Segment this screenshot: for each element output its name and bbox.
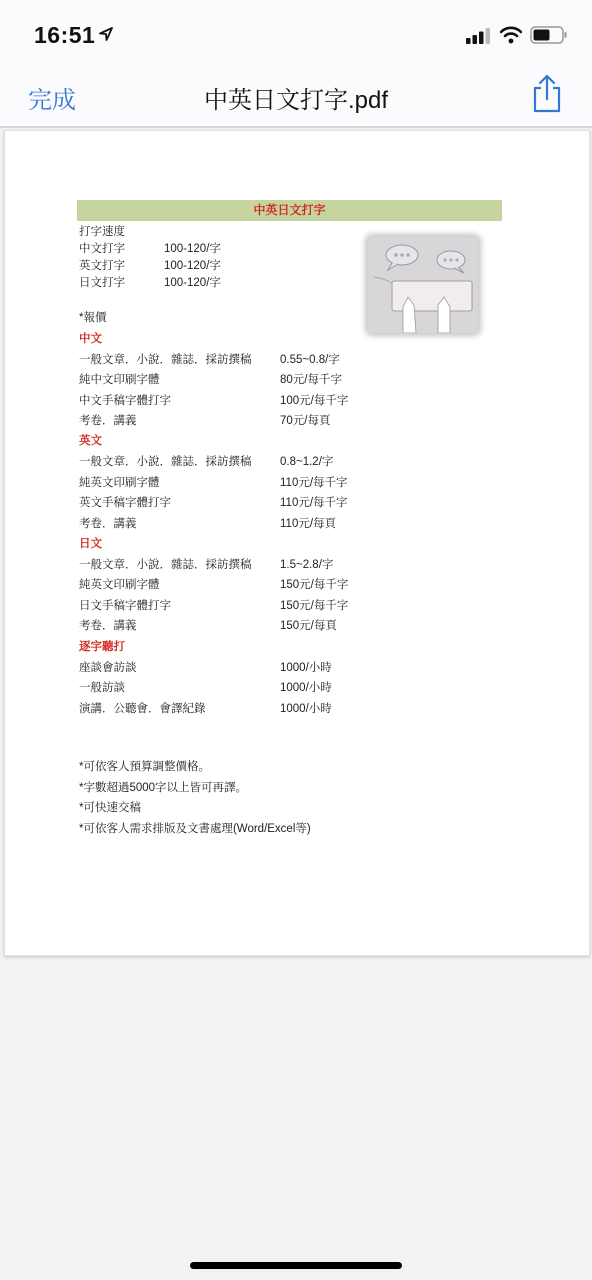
price-value: 80元/每千字 bbox=[280, 371, 342, 387]
price-value: 100元/每千字 bbox=[280, 392, 348, 408]
speed-label: 日文打字 bbox=[79, 274, 125, 290]
location-arrow-icon bbox=[98, 26, 114, 42]
wifi-icon bbox=[500, 26, 522, 44]
price-label: 英文手稿字體打字 bbox=[79, 494, 171, 510]
speed-value: 100-120/字 bbox=[164, 257, 221, 273]
price-value: 1000/小時 bbox=[280, 659, 332, 675]
cellular-signal-icon bbox=[466, 28, 492, 44]
price-value: 1000/小時 bbox=[280, 679, 332, 695]
note: *可依客人預算調整價格。 bbox=[79, 758, 210, 774]
price-value: 0.8~1.2/字 bbox=[280, 453, 333, 469]
note: *字數超過5000字以上皆可再譯。 bbox=[79, 779, 247, 795]
pricing-heading: *報價 bbox=[79, 309, 106, 325]
document-banner-title: 中英日文打字 bbox=[77, 200, 502, 221]
home-indicator[interactable] bbox=[190, 1262, 402, 1269]
battery-icon bbox=[530, 26, 568, 44]
price-value: 150元/每千字 bbox=[280, 597, 348, 613]
price-value: 110元/每頁 bbox=[280, 515, 336, 531]
note: *可快速交稿 bbox=[79, 799, 141, 815]
price-value: 1000/小時 bbox=[280, 700, 332, 716]
price-value: 1.5~2.8/字 bbox=[280, 556, 333, 572]
note: *可依客人需求排版及文書處理(Word/Excel等) bbox=[79, 820, 311, 836]
price-label: 一般文章．小說．雜誌．採訪撰稿 bbox=[79, 351, 252, 367]
price-label: 中文手稿字體打字 bbox=[79, 392, 171, 408]
speed-value: 100-120/字 bbox=[164, 274, 221, 290]
section-title-transcription: 逐字聽打 bbox=[79, 638, 125, 654]
price-label: 一般文章．小說．雜誌．採訪撰稿 bbox=[79, 453, 252, 469]
section-title-japanese: 日文 bbox=[79, 535, 102, 551]
done-button[interactable]: 完成 bbox=[28, 80, 76, 115]
price-value: 70元/每頁 bbox=[280, 412, 331, 428]
price-label: 考卷．講義 bbox=[79, 412, 137, 428]
price-label: 考卷．講義 bbox=[79, 617, 137, 633]
price-label: 純英文印刷字體 bbox=[79, 576, 160, 592]
price-label: 座談會訪談 bbox=[79, 659, 137, 675]
section-title-chinese: 中文 bbox=[79, 330, 102, 346]
nav-bar: 中英日文打字.pdf 完成 bbox=[0, 66, 592, 128]
price-label: 一般訪談 bbox=[79, 679, 125, 695]
status-bar: 16:51 bbox=[0, 0, 592, 66]
price-label: 日文手稿字體打字 bbox=[79, 597, 171, 613]
price-label: 演講．公聽會．會譯紀錄 bbox=[79, 700, 206, 716]
price-value: 110元/每千字 bbox=[280, 494, 348, 510]
speed-heading: 打字速度 bbox=[79, 223, 125, 239]
speed-value: 100-120/字 bbox=[164, 240, 221, 256]
price-value: 150元/每頁 bbox=[280, 617, 337, 633]
price-label: 考卷．講義 bbox=[79, 515, 137, 531]
document-title: 中英日文打字.pdf bbox=[0, 80, 592, 115]
section-title-english: 英文 bbox=[79, 432, 102, 448]
speed-label: 英文打字 bbox=[79, 257, 125, 273]
status-time: 16:51 bbox=[34, 22, 95, 49]
price-value: 110元/每千字 bbox=[280, 474, 348, 490]
typing-keyboard-illustration bbox=[368, 237, 478, 333]
price-value: 150元/每千字 bbox=[280, 576, 348, 592]
share-icon[interactable] bbox=[530, 74, 564, 114]
price-label: 一般文章．小說．雜誌．採訪撰稿 bbox=[79, 556, 252, 572]
price-value: 0.55~0.8/字 bbox=[280, 351, 340, 367]
price-label: 純英文印刷字體 bbox=[79, 474, 160, 490]
pdf-page[interactable]: 中英日文打字 打字速度 中文打字 100-120/字 英文打字 100-120/… bbox=[4, 130, 590, 956]
price-label: 純中文印刷字體 bbox=[79, 371, 160, 387]
speed-label: 中文打字 bbox=[79, 240, 125, 256]
